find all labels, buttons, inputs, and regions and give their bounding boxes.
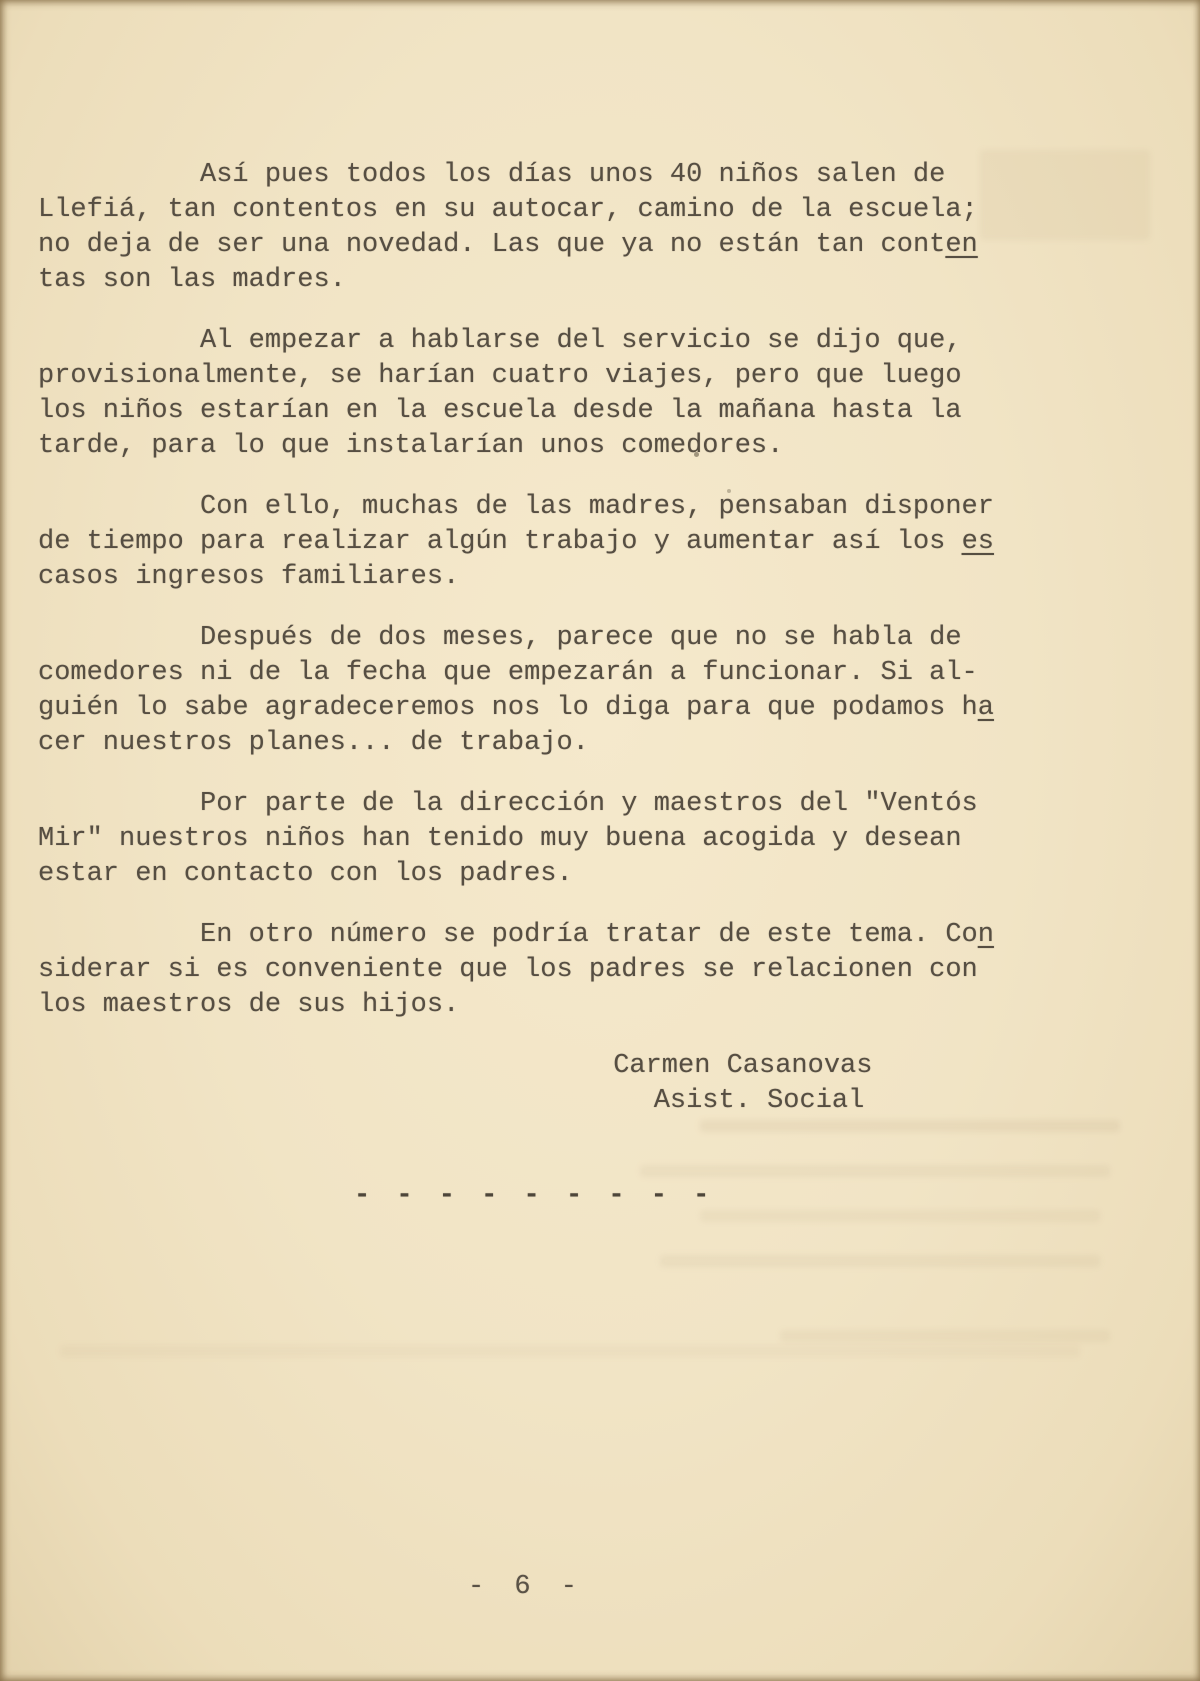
text-line: Al empezar a hablarse del servicio se di… — [38, 324, 1180, 359]
text-line: tas son las madres. — [38, 263, 1180, 298]
text-line: guién lo sabe agradeceremos nos lo diga … — [38, 691, 1180, 726]
text-line: Con ello, muchas de las madres, pensaban… — [38, 490, 1180, 525]
paragraph: Con ello, muchas de las madres, pensaban… — [38, 490, 1180, 595]
bleed-through-smudge — [60, 1345, 1080, 1357]
signature-block: Carmen Casanovas Asist. Social — [38, 1049, 1180, 1119]
bleed-through-smudge — [780, 1330, 1110, 1342]
paragraphs: Así pues todos los días unos 40 niños sa… — [38, 158, 1180, 1023]
underlined-text: es — [962, 527, 994, 557]
bleed-through-smudge — [660, 1255, 1100, 1267]
document-page: Así pues todos los días unos 40 niños sa… — [0, 0, 1200, 1681]
text-line: siderar si es conveniente que los padres… — [38, 953, 1180, 988]
underlined-text: en — [945, 230, 977, 260]
paragraph: Así pues todos los días unos 40 niños sa… — [38, 158, 1180, 298]
text-line: Después de dos meses, parece que no se h… — [38, 621, 1180, 656]
text-line: no deja de ser una novedad. Las que ya n… — [38, 228, 1180, 263]
underlined-text: n — [978, 920, 994, 950]
paragraph: Por parte de la dirección y maestros del… — [38, 787, 1180, 892]
text-line: Llefiá, tan contentos en su autocar, cam… — [38, 193, 1180, 228]
text-line: estar en contacto con los padres. — [38, 857, 1180, 892]
text-line: de tiempo para realizar algún trabajo y … — [38, 525, 1180, 560]
page-number: - 6 - — [468, 1572, 581, 1602]
text-line: comedores ni de la fecha que empezarán a… — [38, 656, 1180, 691]
text-line: Por parte de la dirección y maestros del… — [38, 787, 1180, 822]
text-line: tarde, para lo que instalarían unos come… — [38, 429, 1180, 464]
text-line: los niños estarían en la escuela desde l… — [38, 394, 1180, 429]
paragraph: En otro número se podría tratar de este … — [38, 918, 1180, 1023]
text-line: los maestros de sus hijos. — [38, 988, 1180, 1023]
paragraph: Después de dos meses, parece que no se h… — [38, 621, 1180, 761]
text-line: casos ingresos familiares. — [38, 560, 1180, 595]
text-line: provisionalmente, se harían cuatro viaje… — [38, 359, 1180, 394]
typewritten-text-block: Así pues todos los días unos 40 niños sa… — [38, 158, 1180, 1214]
signature-name: Carmen Casanovas — [613, 1049, 1180, 1084]
text-line: cer nuestros planes... de trabajo. — [38, 726, 1180, 761]
paragraph: Al empezar a hablarse del servicio se di… — [38, 324, 1180, 464]
signature-title: Asist. Social — [654, 1084, 1180, 1119]
text-line: En otro número se podría tratar de este … — [38, 918, 1180, 953]
text-line: Así pues todos los días unos 40 niños sa… — [38, 158, 1180, 193]
underlined-text: a — [978, 693, 994, 723]
text-line: Mir" nuestros niños han tenido muy buena… — [38, 822, 1180, 857]
dashed-divider: - - - - - - - - - — [354, 1179, 1180, 1214]
